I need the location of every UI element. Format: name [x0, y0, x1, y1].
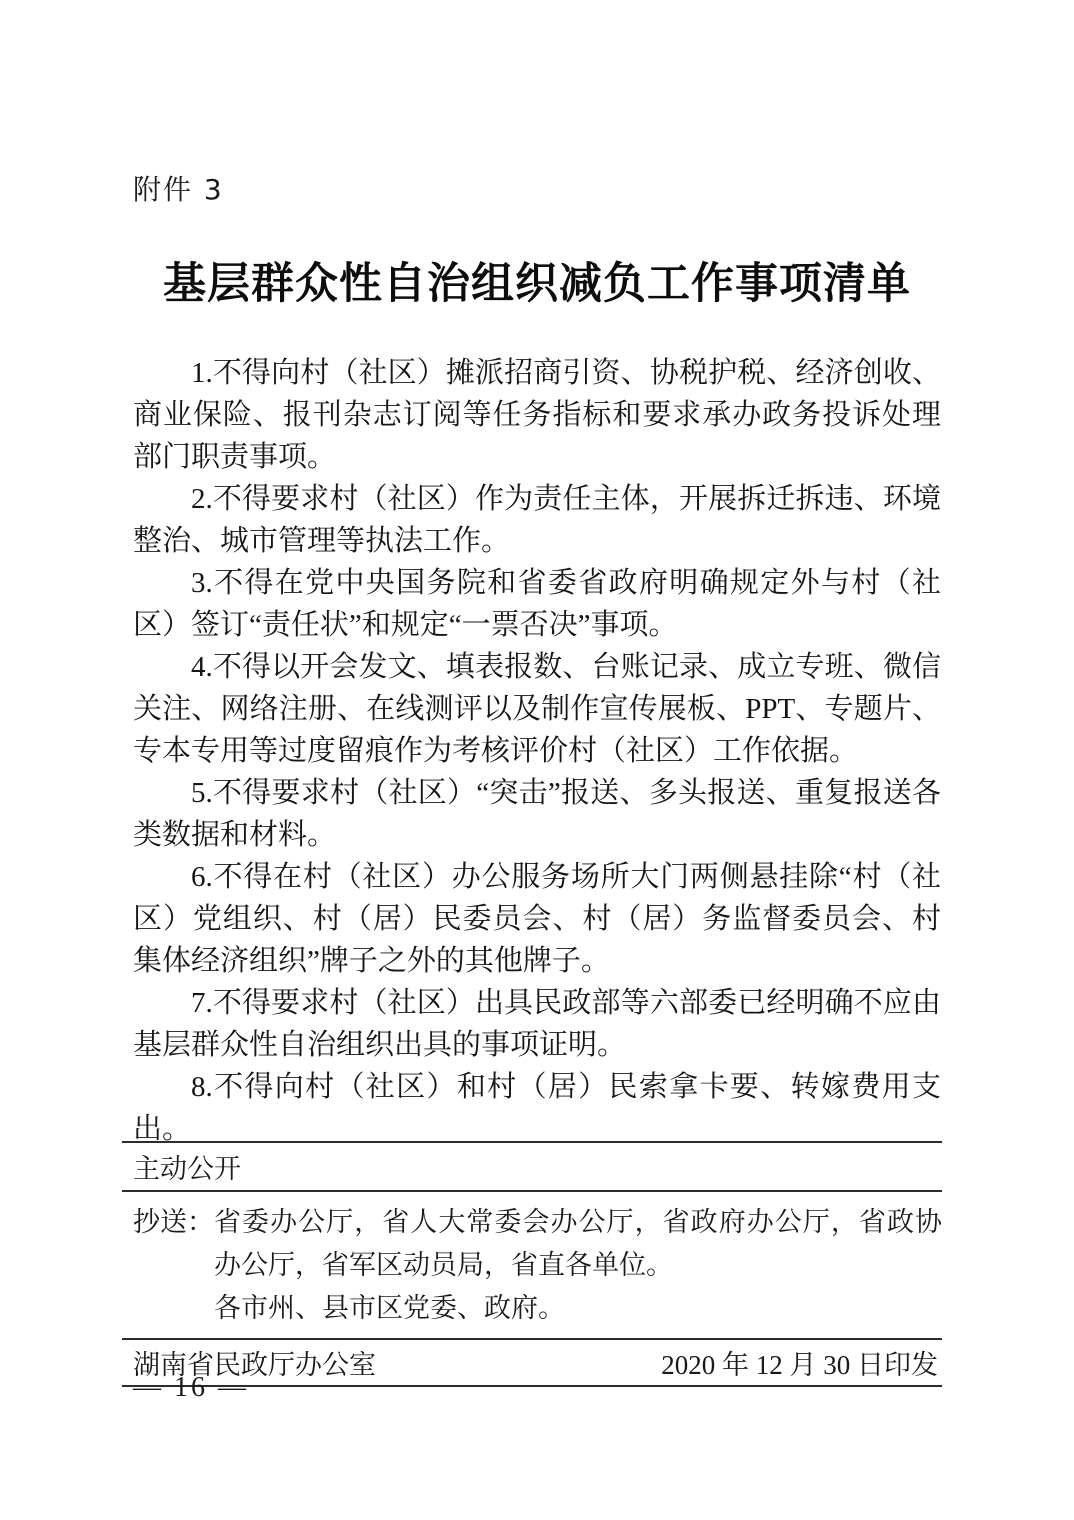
- list-item: 1.不得向村（社区）摊派招商引资、协税护税、经济创收、商业保险、报刊杂志订阅等任…: [133, 352, 941, 478]
- attachment-label: 附件 3: [133, 168, 224, 208]
- document-footer: 主动公开 抄送： 省委办公厅，省人大常委会办公厅，省政府办公厅，省政协办公厅，省…: [122, 1141, 942, 1387]
- list-item: 5.不得要求村（社区）“突击”报送、多头报送、重复报送各类数据和材料。: [133, 772, 941, 856]
- cc-line: 省委办公厅，省人大常委会办公厅，省政府办公厅，省政协办公厅，省军区动员局，省直各…: [214, 1201, 942, 1287]
- document-title: 基层群众性自治组织减负工作事项清单: [0, 250, 1074, 311]
- list-item: 7.不得要求村（社区）出具民政部等六部委已经明确不应由基层群众性自治组织出具的事…: [133, 982, 941, 1066]
- cc-label: 抄送：: [133, 1201, 214, 1330]
- document-body: 1.不得向村（社区）摊派招商引资、协税护税、经济创收、商业保险、报刊杂志订阅等任…: [133, 352, 941, 1150]
- publicity-row: 主动公开: [122, 1143, 942, 1190]
- list-item: 8.不得向村（社区）和村（居）民索拿卡要、转嫁费用支出。: [133, 1066, 941, 1150]
- document-page: 附件 3 基层群众性自治组织减负工作事项清单 1.不得向村（社区）摊派招商引资、…: [0, 0, 1074, 1520]
- cc-block: 抄送： 省委办公厅，省人大常委会办公厅，省政府办公厅，省政协办公厅，省军区动员局…: [122, 1192, 942, 1338]
- print-date: 2020 年 12 月 30 日印发: [661, 1343, 938, 1382]
- publicity-label: 主动公开: [133, 1147, 241, 1186]
- list-item: 2.不得要求村（社区）作为责任主体，开展拆迁拆违、环境整治、城市管理等执法工作。: [133, 478, 941, 562]
- cc-line: 各市州、县市区党委、政府。: [214, 1287, 942, 1330]
- cc-content: 省委办公厅，省人大常委会办公厅，省政府办公厅，省政协办公厅，省军区动员局，省直各…: [214, 1201, 942, 1330]
- page-number: — 16 —: [133, 1372, 249, 1404]
- list-item: 6.不得在村（社区）办公服务场所大门两侧悬挂除“村（社区）党组织、村（居）民委员…: [133, 856, 941, 982]
- list-item: 3.不得在党中央国务院和省委省政府明确规定外与村（社区）签订“责任状”和规定“一…: [133, 562, 941, 646]
- list-item: 4.不得以开会发文、填表报数、台账记录、成立专班、微信关注、网络注册、在线测评以…: [133, 646, 941, 772]
